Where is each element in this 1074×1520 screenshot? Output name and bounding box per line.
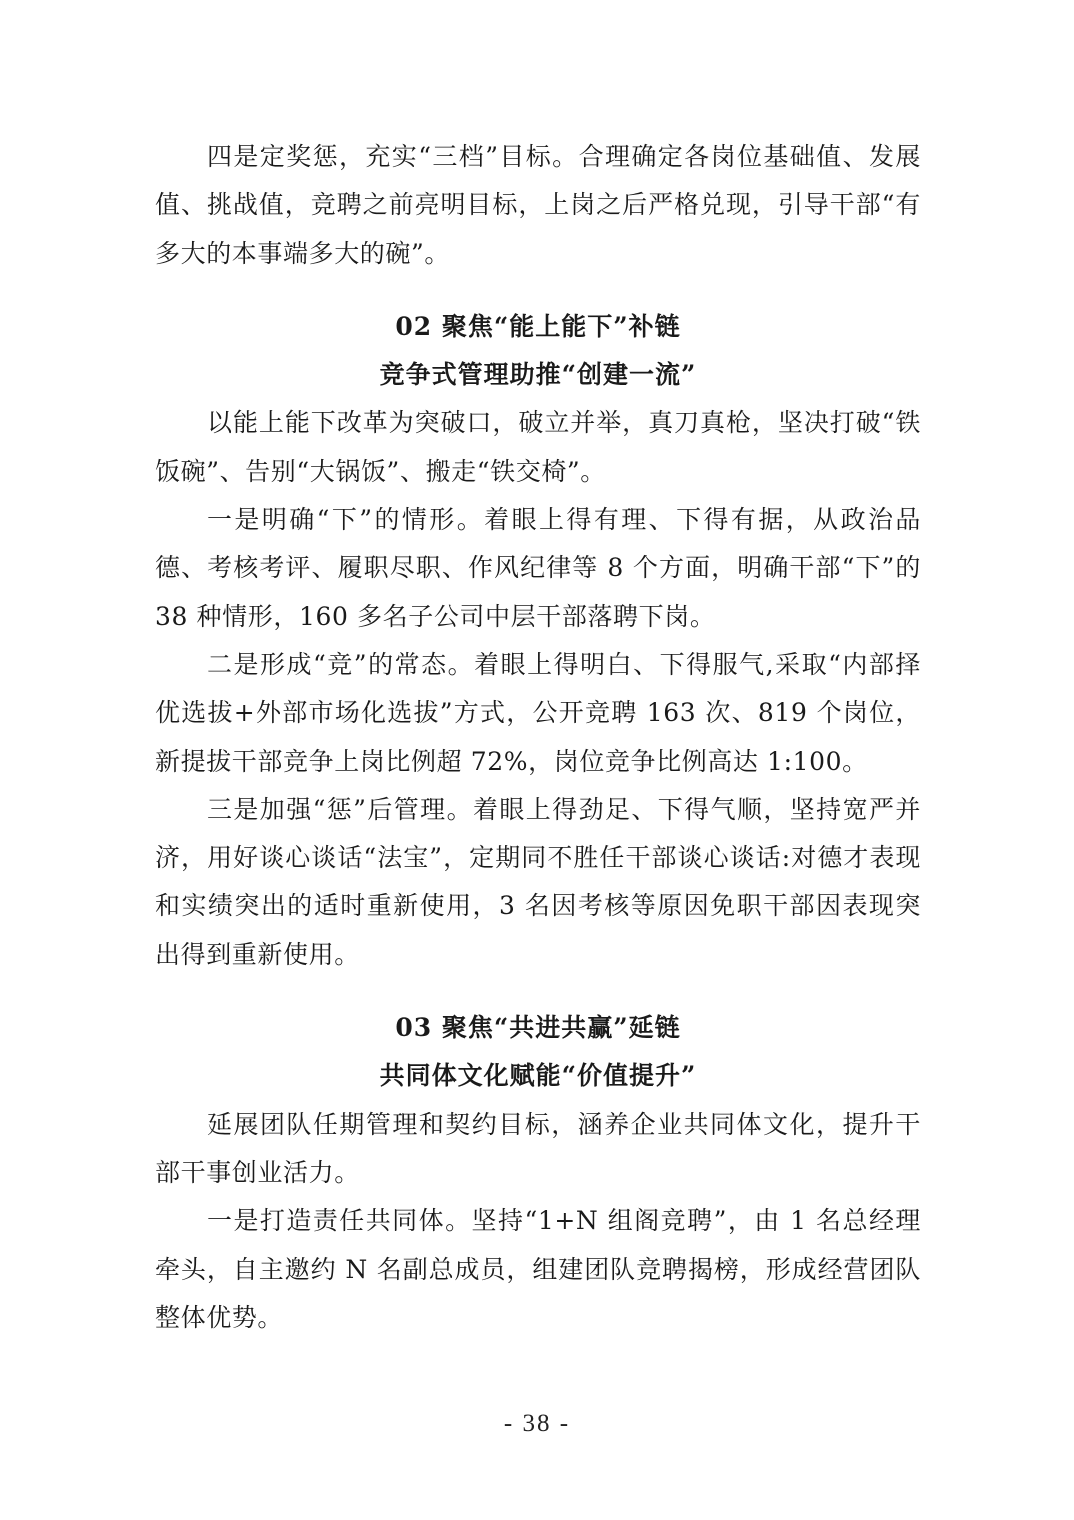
paragraph-item-one: 一是打造责任共同体。坚持“1+N 组阁竞聘”，由 1 名总经理牵头，自主邀约 N… <box>155 1197 921 1342</box>
section-02: 02 聚焦“能上能下”补链 竞争式管理助推“创建一流” 以能上能下改革为突破口，… <box>155 303 921 979</box>
paragraph-reward-punishment: 四是定奖惩，充实“三档”目标。合理确定各岗位基础值、发展值、挑战值，竞聘之前亮明… <box>155 133 921 278</box>
document-page: 四是定奖惩，充实“三档”目标。合理确定各岗位基础值、发展值、挑战值，竞聘之前亮明… <box>155 133 921 1342</box>
section-intro-paragraph: 延展团队任期管理和契约目标，涵养企业共同体文化，提升干部干事创业活力。 <box>155 1101 921 1198</box>
section-spacer <box>155 979 921 1004</box>
section-heading-line2: 共同体文化赋能“价值提升” <box>155 1052 921 1100</box>
section-heading-line1: 02 聚焦“能上能下”补链 <box>155 303 921 351</box>
paragraph-item-three: 三是加强“惩”后管理。着眼上得劲足、下得气顺，坚持宽严并济，用好谈心谈话“法宝”… <box>155 786 921 979</box>
section-heading-line1: 03 聚焦“共进共赢”延链 <box>155 1004 921 1052</box>
section-03: 03 聚焦“共进共赢”延链 共同体文化赋能“价值提升” 延展团队任期管理和契约目… <box>155 1004 921 1342</box>
paragraph-item-two: 二是形成“竞”的常态。着眼上得明白、下得服气,采取“内部择优选拔+外部市场化选拔… <box>155 641 921 786</box>
paragraph-item-one: 一是明确“下”的情形。着眼上得有理、下得有据，从政治品德、考核考评、履职尽职、作… <box>155 496 921 641</box>
section-intro-paragraph: 以能上能下改革为突破口，破立并举，真刀真枪，坚决打破“铁饭碗”、告别“大锅饭”、… <box>155 399 921 496</box>
section-heading-line2: 竞争式管理助推“创建一流” <box>155 351 921 399</box>
page-number: - 38 - <box>0 1410 1074 1438</box>
